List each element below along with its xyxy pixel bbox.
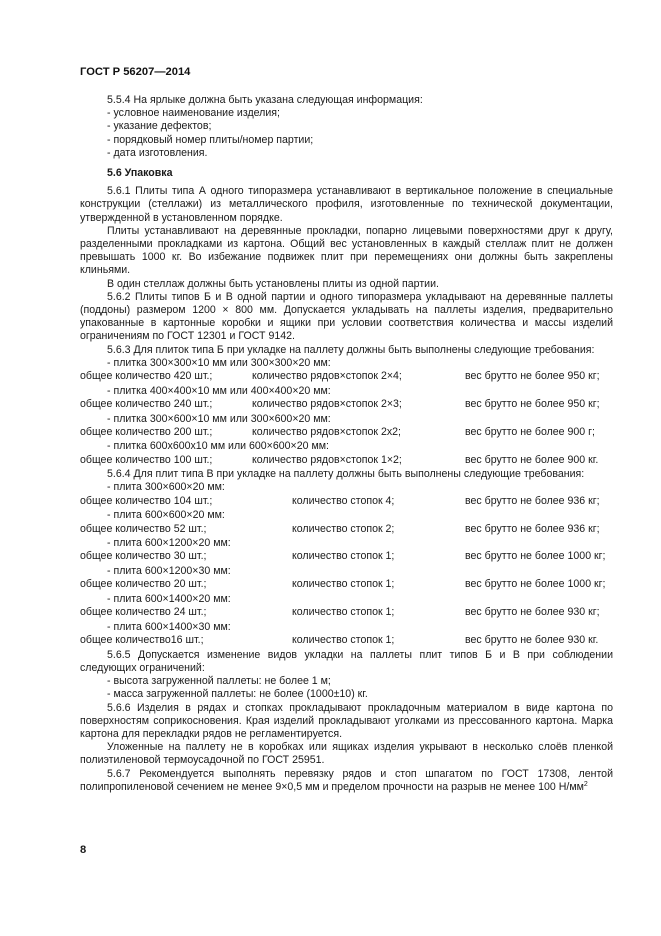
table-row: общее количество 420 шт.;количество рядо… <box>80 370 613 383</box>
table-cell-weight: вес брутто не более 930 кг; <box>465 606 600 619</box>
list-item: - порядковый номер плиты/номер партии; <box>80 134 613 147</box>
table-cell-total: общее количество 240 шт.; <box>80 398 252 411</box>
document-header: ГОСТ Р 56207—2014 <box>80 66 190 79</box>
table-row: общее количество 24 шт.;количество стопо… <box>80 606 613 619</box>
clause-5-6-1-paragraph-2: Плиты устанавливают на деревянные прокла… <box>80 225 613 278</box>
table-cell-weight: вес брутто не более 900 г; <box>465 426 595 439</box>
table-item-label: - плита 600×1200×20 мм: <box>80 537 613 550</box>
clause-5-6-1: 5.6.1 Плиты типа А одного типоразмера ус… <box>80 185 613 225</box>
superscript: 2 <box>584 781 588 788</box>
table-item-label: - плита 300×600×20 мм: <box>80 481 613 494</box>
table-cell-total: общее количество 104 шт.; <box>80 495 292 508</box>
table-cell-weight: вес брутто не более 1000 кг; <box>465 578 605 591</box>
table-cell-stacks: количество стопок 1; <box>292 578 465 591</box>
clause-5-5-4-intro: 5.5.4 На ярлыке должна быть указана след… <box>80 94 613 107</box>
table-cell-stacks: количество рядов×стопок 1×2; <box>252 454 465 467</box>
table-cell-total: общее количество 30 шт.; <box>80 550 292 563</box>
table-cell-stacks: количество рядов×стопок 2×4; <box>252 370 465 383</box>
table-row: общее количество 30 шт.;количество стопо… <box>80 550 613 563</box>
list-item: - масса загруженной паллеты: не более (1… <box>80 688 613 701</box>
table-cell-weight: вес брутто не более 950 кг; <box>465 398 600 411</box>
table-cell-weight: вес брутто не более 900 кг. <box>465 454 598 467</box>
clause-5-6-6-paragraph-2: Уложенные на паллету не в коробках или я… <box>80 741 613 767</box>
document-body: 5.5.4 На ярлыке должна быть указана след… <box>80 94 613 794</box>
table-row: общее количество 20 шт.;количество стопо… <box>80 578 613 591</box>
table-cell-stacks: количество стопок 1; <box>292 606 465 619</box>
table-cell-total: общее количество 420 шт.; <box>80 370 252 383</box>
table-cell-weight: вес брутто не более 930 кг. <box>465 634 598 647</box>
list-item: - условное наименование изделия; <box>80 107 613 120</box>
table-cell-weight: вес брутто не более 950 кг; <box>465 370 600 383</box>
table-cell-weight: вес брутто не более 1000 кг; <box>465 550 605 563</box>
table-row: общее количество16 шт.;количество стопок… <box>80 634 613 647</box>
table-item-label: - плитка 600х600х10 мм или 600×600×20 мм… <box>80 440 613 453</box>
table-row: общее количество 52 шт.;количество стопо… <box>80 523 613 536</box>
clause-5-6-1-paragraph-3: В один стеллаж должны быть установлены п… <box>80 278 613 291</box>
clause-5-6-7: 5.6.7 Рекомендуется выполнять перевязку … <box>80 768 613 794</box>
list-item: - указание дефектов; <box>80 120 613 133</box>
table-item-label: - плита 600×600×20 мм: <box>80 509 613 522</box>
table-cell-total: общее количество 100 шт.; <box>80 454 252 467</box>
table-item-label: - плита 600×1400×30 мм: <box>80 621 613 634</box>
table-cell-stacks: количество рядов×стопок 2х2; <box>252 426 465 439</box>
section-heading: 5.6 Упаковка <box>80 167 613 180</box>
table-cell-total: общее количество 200 шт.; <box>80 426 252 439</box>
table-item-label: - плита 600×1200×30 мм: <box>80 565 613 578</box>
table-row: общее количество 200 шт.;количество рядо… <box>80 426 613 439</box>
table-row: общее количество 104 шт.;количество стоп… <box>80 495 613 508</box>
table-item-label: - плита 600×1400×20 мм: <box>80 593 613 606</box>
table-row: общее количество 240 шт.;количество рядо… <box>80 398 613 411</box>
packing-table-type-v: - плита 300×600×20 мм:общее количество 1… <box>80 481 613 648</box>
clause-5-6-2: 5.6.2 Плиты типов Б и В одной партии и о… <box>80 291 613 344</box>
table-cell-weight: вес брутто не более 936 кг; <box>465 495 600 508</box>
table-item-label: - плитка 300×300×10 мм или 300×300×20 мм… <box>80 357 613 370</box>
table-cell-total: общее количество 52 шт.; <box>80 523 292 536</box>
table-cell-total: общее количество 24 шт.; <box>80 606 292 619</box>
table-cell-stacks: количество стопок 2; <box>292 523 465 536</box>
table-cell-total: общее количество16 шт.; <box>80 634 292 647</box>
clause-5-6-5: 5.6.5 Допускается изменение видов укладк… <box>80 649 613 675</box>
clause-5-6-6: 5.6.6 Изделия в рядах и стопках проклады… <box>80 702 613 742</box>
packing-table-type-b: - плитка 300×300×10 мм или 300×300×20 мм… <box>80 357 613 469</box>
list-item: - дата изготовления. <box>80 147 613 160</box>
table-cell-weight: вес брутто не более 936 кг; <box>465 523 600 536</box>
list-item: - высота загруженной паллеты: не более 1… <box>80 675 613 688</box>
table-item-label: - плитка 400×400×10 мм или 400×400×20 мм… <box>80 385 613 398</box>
table-cell-total: общее количество 20 шт.; <box>80 578 292 591</box>
clause-5-6-7-text: 5.6.7 Рекомендуется выполнять перевязку … <box>80 768 613 793</box>
page-number: 8 <box>80 844 86 857</box>
table-cell-stacks: количество рядов×стопок 2×3; <box>252 398 465 411</box>
table-cell-stacks: количество стопок 1; <box>292 634 465 647</box>
clause-5-6-4: 5.6.4 Для плит типа В при укладке на пал… <box>80 468 613 481</box>
table-item-label: - плитка 300×600×10 мм или 300×600×20 мм… <box>80 413 613 426</box>
table-cell-stacks: количество стопок 4; <box>292 495 465 508</box>
table-row: общее количество 100 шт.;количество рядо… <box>80 454 613 467</box>
table-cell-stacks: количество стопок 1; <box>292 550 465 563</box>
clause-5-6-3: 5.6.3 Для плиток типа Б при укладке на п… <box>80 344 613 357</box>
